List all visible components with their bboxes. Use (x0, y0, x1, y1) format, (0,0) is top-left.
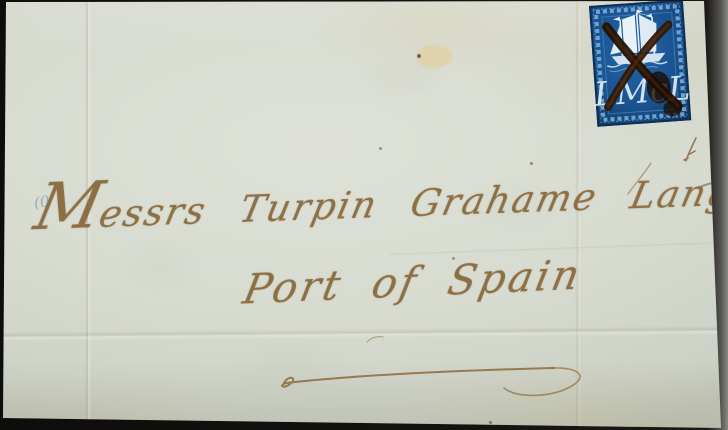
cover-photo: Messrs Turpin Grahame Langue Port of Spa… (0, 0, 728, 430)
lady-mcleod-stamp: LMcL (589, 0, 691, 127)
paper-speck (379, 147, 382, 150)
letter-paper: Messrs Turpin Grahame Langue Port of Spa… (0, 0, 728, 430)
address-line-1: Messrs Turpin Grahame Langue (28, 145, 728, 246)
horizontal-fold (0, 326, 728, 341)
signature-flourish (282, 368, 580, 395)
pencil-annotation: (0 (33, 192, 51, 212)
paper-speck (489, 421, 492, 424)
stain-spot (416, 45, 452, 68)
paper-speck (417, 54, 421, 58)
address-line-2: Port of Spain (239, 250, 586, 313)
